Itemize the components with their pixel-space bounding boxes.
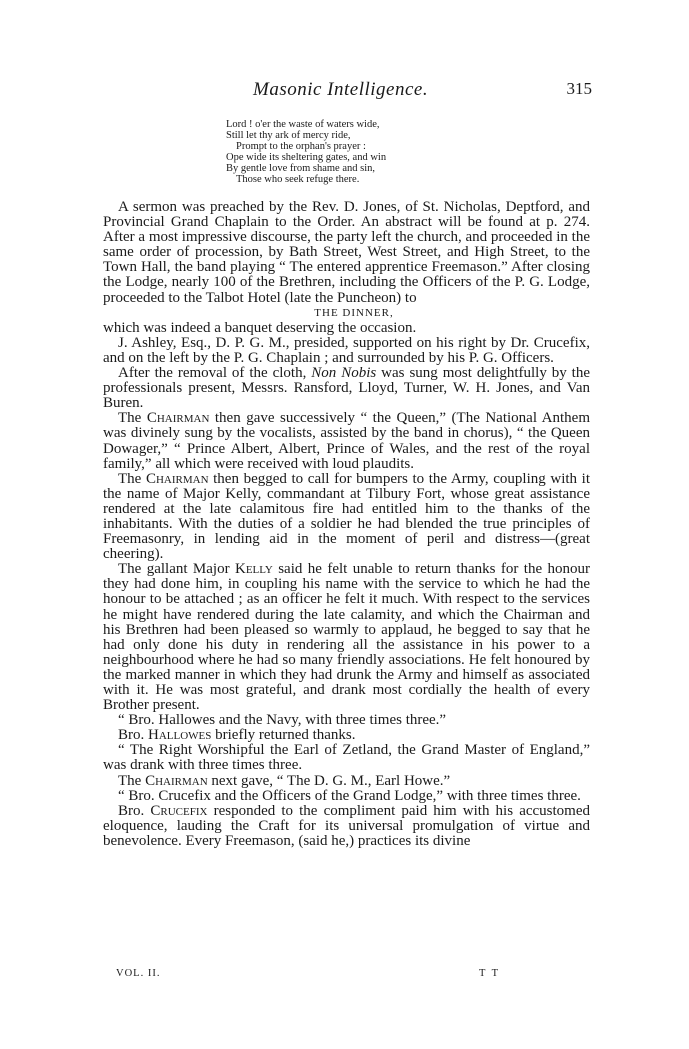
paragraph-hallowes-reply: Bro. Hallowes briefly returned thanks. (103, 728, 590, 743)
speaker-name: Chairman (146, 471, 209, 487)
article-body: A sermon was preached by the Rev. D. Jon… (103, 200, 590, 849)
volume-label: VOL. II. (116, 968, 160, 979)
paragraph-grand-lodge-toast: “ Bro. Crucefix and the Officers of the … (103, 789, 590, 804)
paragraph-kelly-reply: The gallant Major Kelly said he felt una… (103, 562, 590, 713)
paragraph-non-nobis: After the removal of the cloth, Non Nobi… (103, 366, 590, 411)
paragraph-zetland-toast: “ The Right Worshipful the Earl of Zetla… (103, 743, 590, 773)
italic-title: Non Nobis (311, 365, 376, 381)
speaker-name: Chairman (145, 773, 208, 789)
poem-line: Still let thy ark of mercy ride, (226, 130, 386, 141)
poem-line: Ope wide its sheltering gates, and win (226, 152, 386, 163)
poem-stanza: Lord ! o'er the waste of waters wide, St… (226, 119, 386, 185)
speaker-name: Crucefix (150, 803, 207, 819)
poem-line: Lord ! o'er the waste of waters wide, (226, 119, 386, 130)
running-title: Masonic Intelligence. (253, 79, 428, 101)
paragraph-presided: J. Ashley, Esq., D. P. G. M., presided, … (103, 336, 590, 366)
paragraph-banquet: which was indeed a banquet deserving the… (103, 321, 590, 336)
paragraph-navy-toast: “ Bro. Hallowes and the Navy, with three… (103, 713, 590, 728)
poem-line: By gentle love from shame and sin, (226, 163, 386, 174)
speaker-name: Hallowes (148, 727, 211, 743)
paragraph-queen-toast: The Chairman then gave successively “ th… (103, 411, 590, 471)
page-number: 315 (567, 79, 593, 99)
poem-line: Prompt to the orphan's prayer : (226, 141, 386, 152)
signature-mark: T T (479, 968, 500, 979)
speaker-name: Chairman (147, 410, 210, 426)
section-heading: THE DINNER, (103, 306, 590, 321)
paragraph-howe-toast: The Chairman next gave, “ The D. G. M., … (103, 774, 590, 789)
poem-line: Those who seek refuge there. (226, 174, 386, 185)
paragraph-sermon: A sermon was preached by the Rev. D. Jon… (103, 200, 590, 306)
page-header: Masonic Intelligence. 315 (103, 79, 590, 101)
speaker-name: Kelly (235, 561, 273, 577)
paragraph-crucefix-reply: Bro. Crucefix responded to the complimen… (103, 804, 590, 849)
paragraph-army-toast: The Chairman then begged to call for bum… (103, 472, 590, 563)
